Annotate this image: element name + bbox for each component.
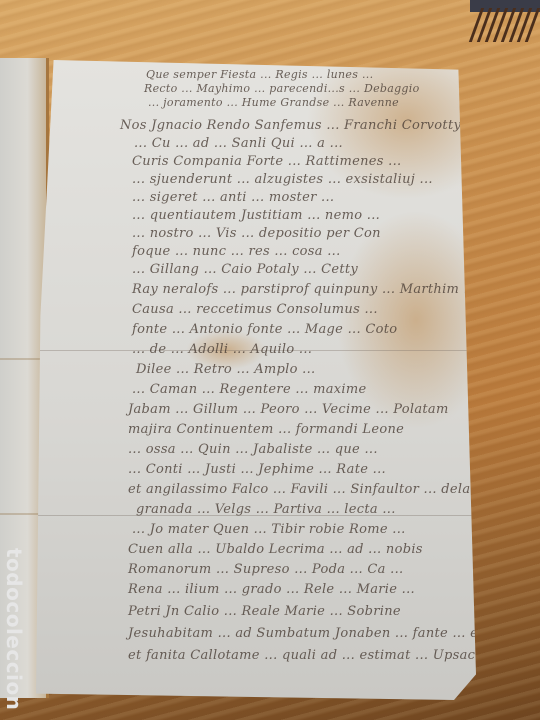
watermark-text: todocoleccion <box>2 548 26 710</box>
handwritten-text: Que semper Fiesta ... Regis ... lunes ..… <box>36 60 476 700</box>
comb-object <box>470 0 540 48</box>
text-line: granada ... Velgs ... Partiva ... lecta … <box>136 502 396 517</box>
text-line: Nos Jgnacio Rendo Sanfemus ... Franchi C… <box>120 118 461 133</box>
text-line: Que semper Fiesta ... Regis ... lunes ..… <box>146 68 373 81</box>
text-line: Ray neralofs ... parstiprof quinpuny ...… <box>132 282 496 297</box>
text-line: Romanorum ... Supreso ... Poda ... Ca ..… <box>128 562 403 577</box>
text-line: Causa ... reccetimus Consolumus ... <box>132 302 378 317</box>
text-line: Recto ... Mayhimo ... parecendi...s ... … <box>144 82 420 95</box>
text-line: ... ossa ... Quin ... Jabaliste ... que … <box>128 442 378 457</box>
text-line: ... Jo mater Quen ... Tibir robie Rome .… <box>132 522 406 537</box>
text-line: Rena ... ilium ... grado ... Rele ... Ma… <box>128 582 415 597</box>
watermark: todocoleccion <box>4 548 30 708</box>
text-line: fonte ... Antonio fonte ... Mage ... Cot… <box>132 322 397 337</box>
text-line: ... Cu ... ad ... Sanli Qui ... a ... <box>134 136 343 151</box>
text-line: Curis Compania Forte ... Rattimenes ... <box>132 154 401 169</box>
text-line: Cuen alla ... Ubaldo Lecrima ... ad ... … <box>128 542 423 557</box>
text-line: ... quentiautem Justitiam ... nemo ... <box>132 208 380 223</box>
text-line: Dilee ... Retro ... Amplo ... <box>136 362 315 377</box>
text-line: majira Continuentem ... formandi Leone <box>128 422 404 437</box>
text-line: ... Conti ... Justi ... Jephime ... Rate… <box>128 462 386 477</box>
text-line: ... joramento ... Hume Grandse ... Raven… <box>148 96 399 109</box>
text-line: et fanita Callotame ... quali ad ... est… <box>128 648 484 663</box>
fold-crease <box>0 358 46 360</box>
manuscript-page: Que semper Fiesta ... Regis ... lunes ..… <box>36 60 476 700</box>
text-line: Jesuhabitam ... ad Sumbatum Jonaben ... … <box>128 626 484 641</box>
text-line: ... sigeret ... anti ... moster ... <box>132 190 334 205</box>
text-line: ... Gillang ... Caio Potaly ... Cetty <box>132 262 358 277</box>
text-line: ... nostro ... Vis ... depositio per Con <box>132 226 381 241</box>
text-line: foque ... nunc ... res ... cosa ... <box>132 244 341 259</box>
text-line: ... sjuenderunt ... alzugistes ... exsis… <box>132 172 433 187</box>
text-line: Jabam ... Gillum ... Peoro ... Vecime ..… <box>128 402 449 417</box>
text-line: ... de ... Adolli ... Aquilo ... <box>132 342 312 357</box>
text-line: Petri Jn Calio ... Reale Marie ... Sobri… <box>128 604 401 619</box>
text-line: et angilassimo Falco ... Favili ... Sinf… <box>128 482 470 497</box>
text-line: ... Caman ... Regentere ... maxime <box>132 382 366 397</box>
